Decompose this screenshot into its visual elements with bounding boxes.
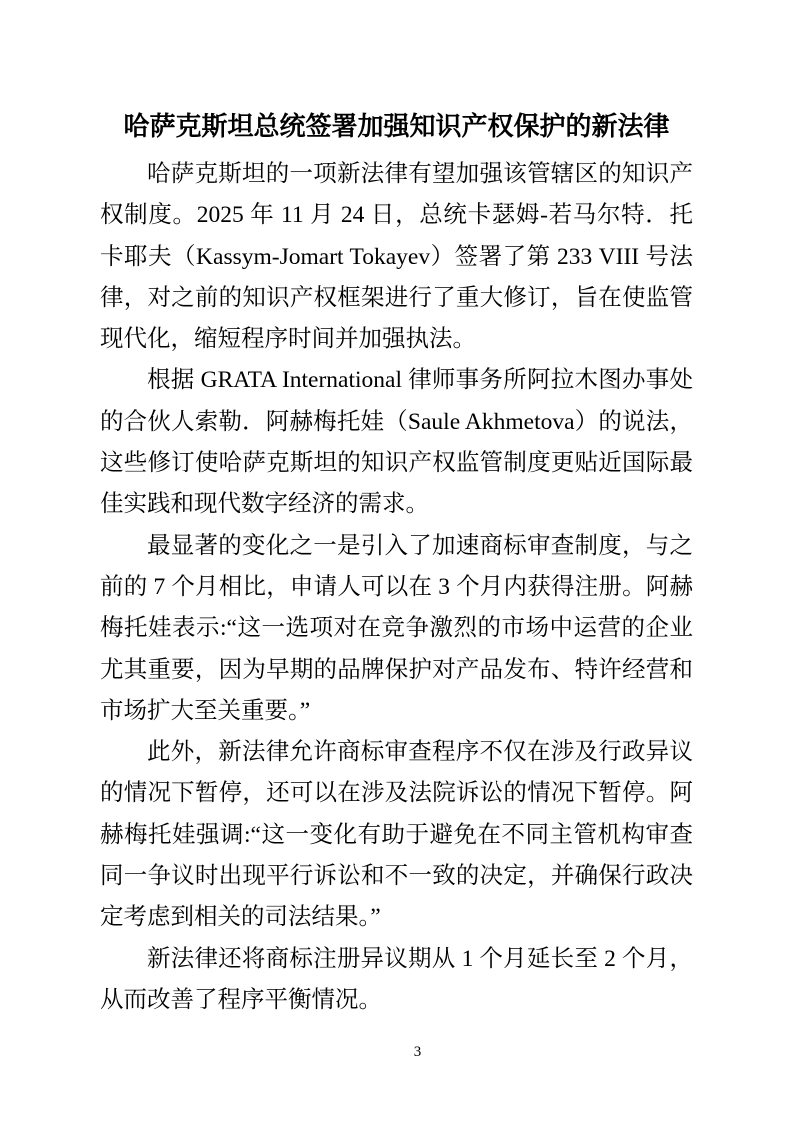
document-page: 哈萨克斯坦总统签署加强知识产权保护的新法律 哈萨克斯坦的一项新法律有望加强该管辖…	[0, 0, 793, 1122]
paragraph-suspension-rules: 此外，新法律允许商标审查程序不仅在涉及行政异议的情况下暂停，还可以在涉及法院诉讼…	[100, 732, 693, 938]
page-number: 3	[414, 1044, 422, 1060]
paragraph-grata-comment: 根据 GRATA International 律师事务所阿拉木图办事处的合伙人索…	[100, 360, 693, 525]
paragraph-accelerated-examination: 最显著的变化之一是引入了加速商标审查制度，与之前的 7 个月相比，申请人可以在 …	[100, 526, 693, 732]
paragraph-intro: 哈萨克斯坦的一项新法律有望加强该管辖区的知识产权制度。2025 年 11 月 2…	[100, 154, 693, 360]
document-title: 哈萨克斯坦总统签署加强知识产权保护的新法律	[100, 104, 693, 148]
paragraph-opposition-period: 新法律还将商标注册异议期从 1 个月延长至 2 个月，从而改善了程序平衡情况。	[100, 939, 693, 1022]
document-content: 哈萨克斯坦总统签署加强知识产权保护的新法律 哈萨克斯坦的一项新法律有望加强该管辖…	[100, 104, 693, 1021]
page-footer: 3	[0, 1042, 793, 1062]
